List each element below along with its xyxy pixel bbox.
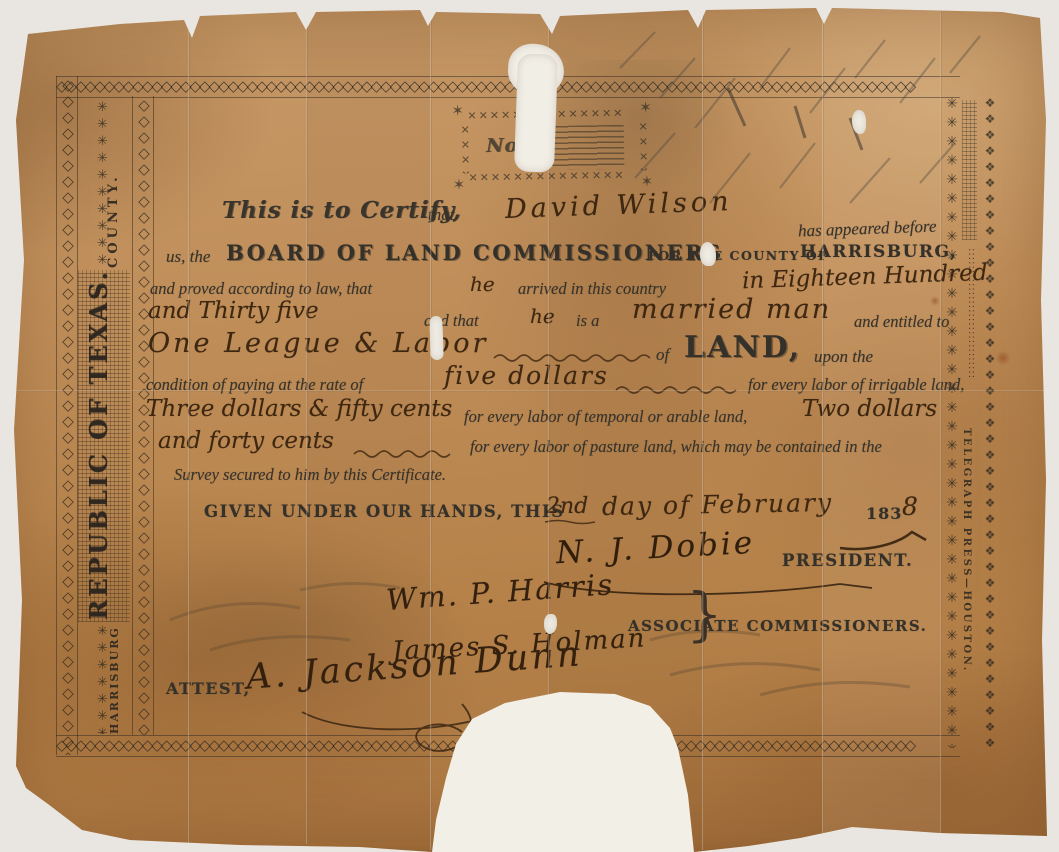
fold-line-horizontal xyxy=(16,390,1044,392)
flourish-line xyxy=(614,382,739,396)
arable-text: for every labor of temporal or arable la… xyxy=(464,407,747,427)
us-the-text: us, the xyxy=(166,247,210,267)
marital-status-handwritten: married man xyxy=(632,294,831,325)
of-text: of xyxy=(656,345,669,365)
land-display-word: LAND, xyxy=(684,330,801,365)
is-a-text: is a xyxy=(576,311,599,331)
he2-handwritten: he xyxy=(530,304,555,328)
county-vertical-label: COUNTY. xyxy=(106,138,121,268)
survey-text: Survey secured to him by this Certificat… xyxy=(174,465,446,485)
number-box-lattice-left: ✕✕✕✕ xyxy=(458,123,473,173)
flourish-line xyxy=(838,530,928,552)
condition-text: condition of paying at the rate of xyxy=(146,375,363,395)
month-handwritten: day of February xyxy=(602,488,834,521)
president-signature: N. J. Dobie xyxy=(555,525,756,571)
corner-flower-icon: ✶ xyxy=(451,102,464,121)
he-handwritten: he xyxy=(470,272,495,296)
scan-backdrop: { "document_title": "Republic of Texas B… xyxy=(0,0,1059,852)
harrisburg-vertical-label: HARRISBURG xyxy=(108,606,121,734)
given-under-hands-text: GIVEN UNDER OUR HANDS, THIS xyxy=(204,502,565,521)
day-number-handwritten: 2nd xyxy=(546,494,588,519)
word-that: that xyxy=(428,205,454,225)
pencil-scribbles xyxy=(600,18,1030,248)
foxing-spot xyxy=(996,350,1010,366)
proved-text: and proved according to law, that xyxy=(150,279,372,299)
flourish-line xyxy=(352,446,452,460)
certify-heading: This is to Certify, xyxy=(222,197,462,224)
rate-arable-handwritten: Three dollars & fifty cents xyxy=(146,396,452,422)
paper-tear xyxy=(700,242,716,266)
attest-label: ATTEST, xyxy=(166,679,251,698)
border-chain-left-outer: ◇◇◇◇◇◇◇◇◇◇◇◇◇◇◇◇◇◇◇◇◇◇◇◇◇◇◇◇◇◇◇◇◇◇◇◇◇◇◇◇… xyxy=(56,76,78,755)
rate-pasture-handwritten-a: Two dollars xyxy=(802,396,937,422)
pencil-smudges xyxy=(640,615,940,705)
rate-pasture-handwritten-b: and forty cents xyxy=(158,428,334,454)
irrigable-text: for every labor of irrigable land, xyxy=(748,375,964,395)
year-digit-handwritten: 8 xyxy=(902,492,918,521)
rate-irrigable-handwritten: five dollars xyxy=(444,361,609,390)
flourish-line xyxy=(544,518,596,526)
president-label: PRESIDENT. xyxy=(782,551,913,570)
republic-of-texas-vertical-label: REPUBLIC OF TEXAS. xyxy=(84,272,113,620)
paper-tear xyxy=(852,110,866,134)
arrival-year2-handwritten: and Thirty five xyxy=(148,298,319,324)
pencil-smudges xyxy=(150,560,450,670)
foxing-spot xyxy=(930,296,940,306)
rosette-column: ✳✳✳✳✳✳✳✳✳✳✳✳✳✳ xyxy=(80,624,110,734)
paper-tear xyxy=(514,53,558,172)
printer-credit-vertical-label: TELEGRAPH PRESS—HOUSTON. xyxy=(961,428,972,714)
paper-tear xyxy=(429,316,444,360)
upon-the-text: upon the xyxy=(814,347,873,367)
entitled-text: and entitled to xyxy=(854,312,949,332)
corner-flower-icon: ✶ xyxy=(452,176,465,195)
year-printed: 183 xyxy=(866,504,902,523)
pasture-text: for every labor of pasture land, which m… xyxy=(470,437,882,457)
